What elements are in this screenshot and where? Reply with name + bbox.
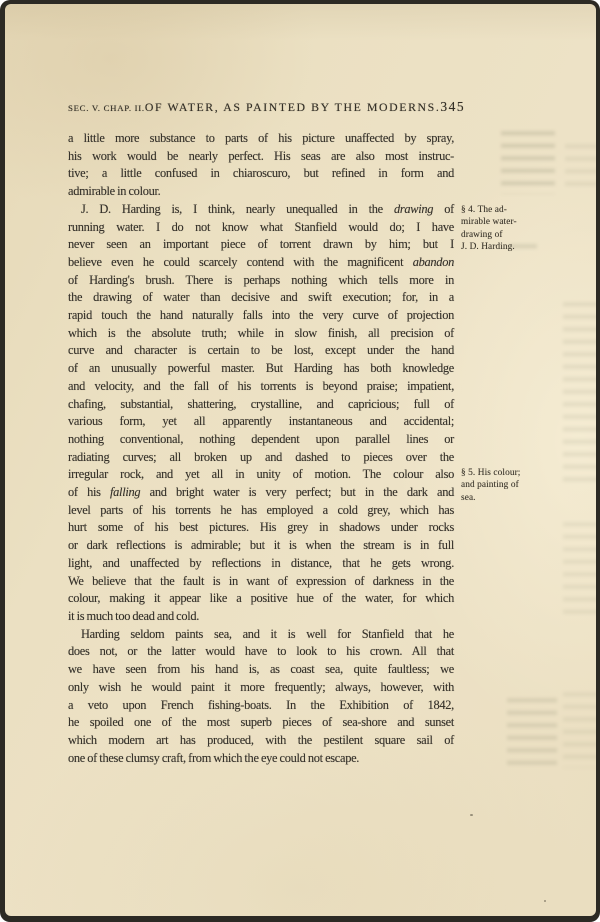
text-line: Harding seldom paints sea, and it is wel…	[68, 626, 454, 644]
text-line: light, and unaffected by reflections in …	[68, 555, 454, 573]
text-line: chafing, substantial, shattering, crysta…	[68, 396, 454, 414]
text-line: it is much too dead and cold.	[68, 608, 454, 626]
book-page: SEC. V. CHAP. II. OF WATER, AS PAINTED B…	[5, 4, 596, 916]
text-line: hurt some of his best pictures. His grey…	[68, 519, 454, 537]
margin-note: § 5. His colour;and painting ofsea.	[461, 467, 556, 504]
text-line: we have seen from his hand is, as coast …	[68, 661, 454, 679]
running-header: SEC. V. CHAP. II. OF WATER, AS PAINTED B…	[68, 99, 454, 115]
text-line: believe even he could scarcely contend w…	[68, 254, 454, 272]
margin-note: § 4. The ad-mirable water-drawing ofJ. D…	[461, 204, 556, 254]
text-line: and velocity, and the fall of his torren…	[68, 378, 454, 396]
text-line: nothing conventional, nothing dependent …	[68, 431, 454, 449]
text-line: radiating curves; all broken up and dash…	[68, 449, 454, 467]
text-line: admirable in colour.	[68, 183, 454, 201]
text-line: We believe that the fault is in want of …	[68, 573, 454, 591]
text-line: one of these clumsy craft, from which th…	[68, 750, 454, 768]
text-line: curve and character is certain to be los…	[68, 342, 454, 360]
text-line: does not, or the latter would have to lo…	[68, 643, 454, 661]
text-line: of Harding's brush. There is perhaps not…	[68, 272, 454, 290]
margin-note-line: sea.	[461, 492, 556, 504]
body-text: a little more substance to parts of his …	[68, 130, 454, 767]
bleed-through	[563, 692, 596, 768]
margin-note-line: § 5. His colour;	[461, 467, 556, 479]
text-line: which is the absolute truth; while in sl…	[68, 325, 454, 343]
section-chapter-label: SEC. V. CHAP. II.	[68, 103, 145, 113]
text-line: tive; a little confused in chiaroscuro, …	[68, 165, 454, 183]
text-line: his work would be nearly perfect. His se…	[68, 148, 454, 166]
page-title: OF WATER, AS PAINTED BY THE MODERNS.	[145, 100, 441, 115]
bleed-through	[565, 144, 596, 192]
text-line: which modern art has produced, with the …	[68, 732, 454, 750]
text-line: colour, making it appear like a positive…	[68, 590, 454, 608]
text-line: J. D. Harding is, I think, nearly unequa…	[68, 201, 454, 219]
margin-note-line: J. D. Harding.	[461, 241, 556, 253]
text-line: rapid touch the hand naturally falls int…	[68, 307, 454, 325]
text-line: level parts of his torrents he has emplo…	[68, 502, 454, 520]
margin-note-line: and painting of	[461, 479, 556, 491]
text-line: a little more substance to parts of his …	[68, 130, 454, 148]
paragraph: a little more substance to parts of his …	[68, 130, 454, 201]
text-line: only wish he would paint it more frequen…	[68, 679, 454, 697]
margin-note-line: drawing of	[461, 229, 556, 241]
margin-notes: § 4. The ad-mirable water-drawing ofJ. D…	[461, 4, 556, 916]
text-line: the drawing of water than decisive and s…	[68, 289, 454, 307]
text-line: of an unusually powerful master. But Har…	[68, 360, 454, 378]
scan-border-frame: SEC. V. CHAP. II. OF WATER, AS PAINTED B…	[0, 0, 600, 922]
bleed-through	[563, 302, 596, 487]
text-line: never seen an important piece of torrent…	[68, 236, 454, 254]
paragraph: Harding seldom paints sea, and it is wel…	[68, 626, 454, 768]
text-line: or dark reflections is admirable; but it…	[68, 537, 454, 555]
text-line: running water. I do not know what Stanfi…	[68, 219, 454, 237]
margin-note-line: mirable water-	[461, 216, 556, 228]
text-line: various form, yet all apparently instant…	[68, 413, 454, 431]
text-line: he spoiled one of the most superb pieces…	[68, 714, 454, 732]
bleed-through	[563, 522, 596, 614]
text-line: irregular rock, and yet all in unity of …	[68, 466, 454, 484]
text-line: of his falling and bright water is very …	[68, 484, 454, 502]
text-line: a veto upon French fishing-boats. In the…	[68, 697, 454, 715]
margin-note-line: § 4. The ad-	[461, 204, 556, 216]
paragraph: J. D. Harding is, I think, nearly unequa…	[68, 201, 454, 626]
